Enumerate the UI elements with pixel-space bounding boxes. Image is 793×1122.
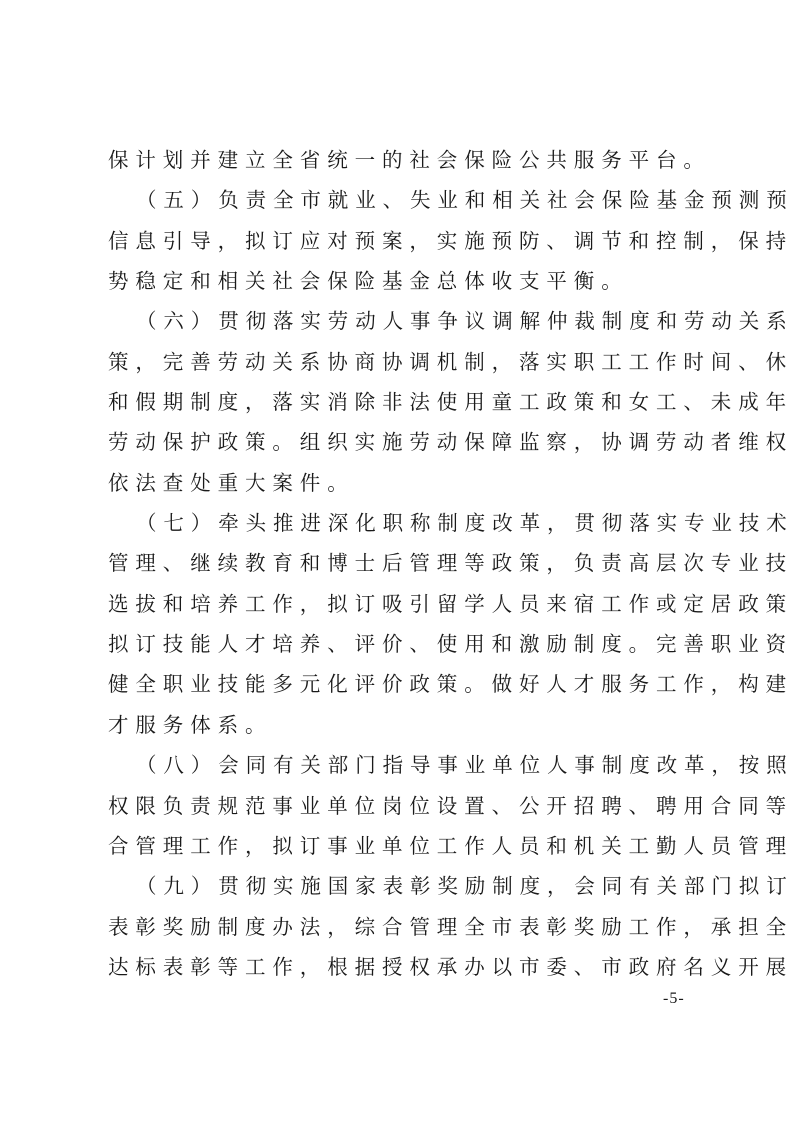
text-line: （九）贯彻实施国家表彰奖励制度，会同有关部门拟订全市 xyxy=(108,870,708,910)
text-line: 选拔和培养工作，拟订吸引留学人员来宿工作或定居政策。组织 xyxy=(108,588,708,628)
text-line: 合管理工作，拟订事业单位工作人员和机关工勤人员管理政策。 xyxy=(108,830,708,870)
text-line: 策，完善劳动关系协商协调机制，落实职工工作时间、休息休假 xyxy=(108,346,708,386)
text-line: 达标表彰等工作，根据授权承办以市委、市政府名义开展的市级 xyxy=(108,951,708,991)
text-line: 和假期制度，落实消除非法使用童工政策和女工、未成年工特殊 xyxy=(108,386,708,426)
text-line: （五）负责全市就业、失业和相关社会保险基金预测预警和 xyxy=(108,184,708,224)
text-line: 表彰奖励制度办法，综合管理全市表彰奖励工作，承担全市评比 xyxy=(108,911,708,951)
text-line: 依法查处重大案件。 xyxy=(108,467,708,507)
page-number: -5- xyxy=(663,990,685,1008)
text-line: 信息引导，拟订应对预案，实施预防、调节和控制，保持就业形 xyxy=(108,225,708,265)
document-page: 保计划并建立全省统一的社会保险公共服务平台。 （五）负责全市就业、失业和相关社会… xyxy=(0,0,793,1122)
text-line: （七）牵头推进深化职称制度改革，贯彻落实专业技术人员 xyxy=(108,507,708,547)
text-line: 才服务体系。 xyxy=(108,709,708,749)
text-line: （六）贯彻落实劳动人事争议调解仲裁制度和劳动关系政 xyxy=(108,305,708,345)
text-line: （八）会同有关部门指导事业单位人事制度改革，按照管理 xyxy=(108,749,708,789)
text-line: 权限负责规范事业单位岗位设置、公开招聘、聘用合同等人事综 xyxy=(108,790,708,830)
body-text: 保计划并建立全省统一的社会保险公共服务平台。 （五）负责全市就业、失业和相关社会… xyxy=(108,144,708,991)
text-line: 保计划并建立全省统一的社会保险公共服务平台。 xyxy=(108,144,708,184)
text-line: 势稳定和相关社会保险基金总体收支平衡。 xyxy=(108,265,708,305)
text-line: 拟订技能人才培养、评价、使用和激励制度。完善职业资格制度， xyxy=(108,628,708,668)
text-line: 健全职业技能多元化评价政策。做好人才服务工作，构建全市人 xyxy=(108,668,708,708)
text-line: 劳动保护政策。组织实施劳动保障监察，协调劳动者维权工作， xyxy=(108,426,708,466)
text-line: 管理、继续教育和博士后管理等政策，负责高层次专业技术人才 xyxy=(108,547,708,587)
